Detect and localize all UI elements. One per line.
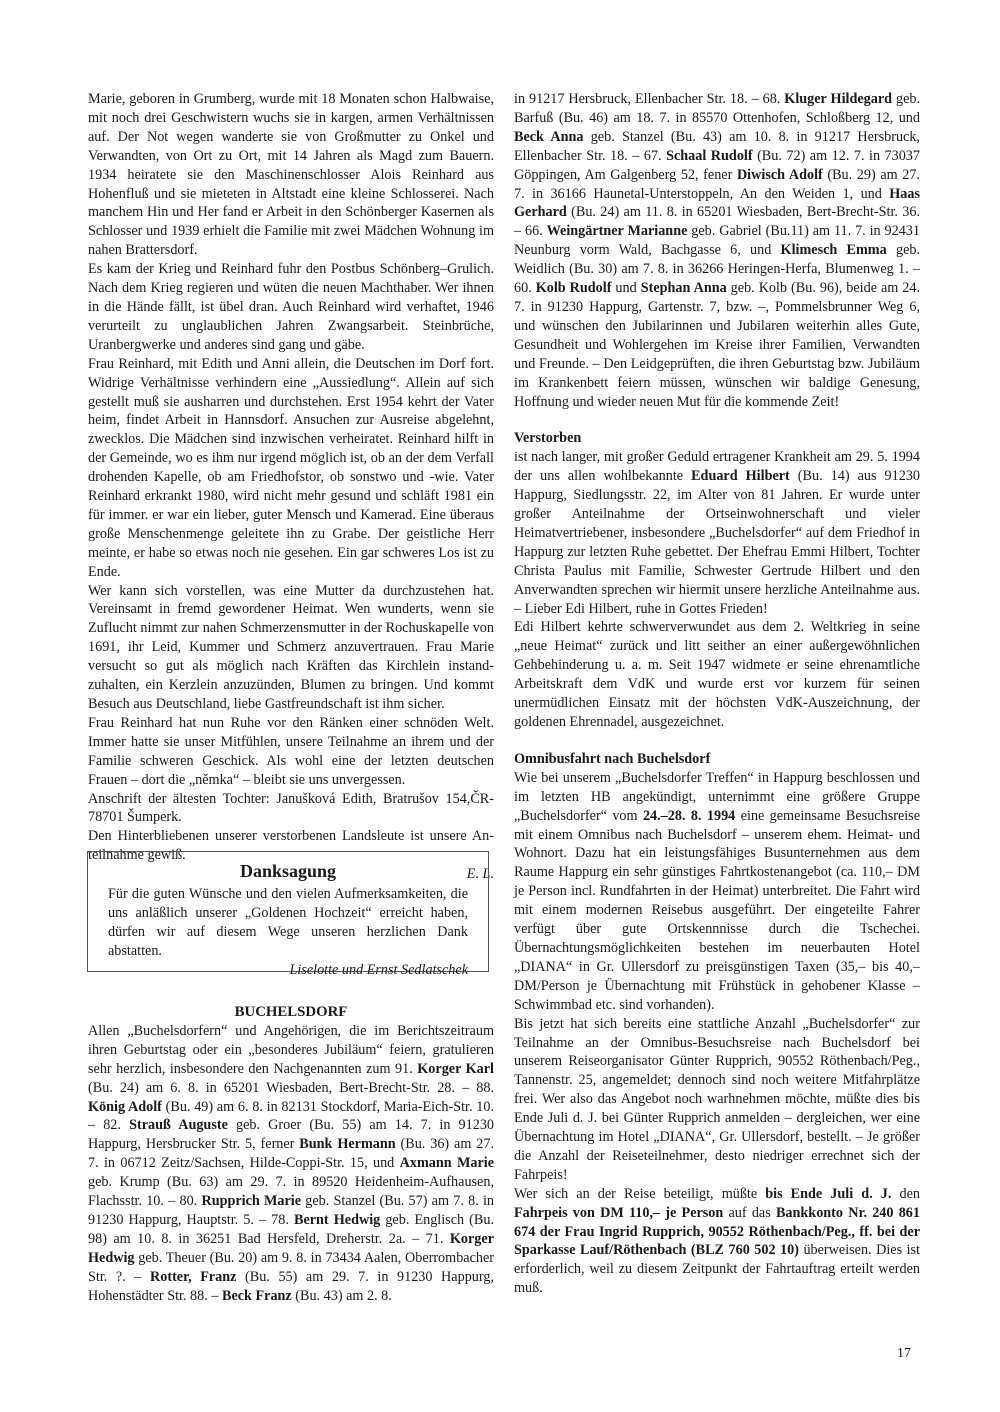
thanks-box-signature: Liselotte und Ernst Sedlatschek	[108, 961, 468, 980]
jubilarian-name: Klimesch Emma	[781, 242, 887, 258]
page-number: 17	[897, 1346, 911, 1362]
text-run: auf das	[723, 1205, 776, 1221]
obituary-paragraph: Wer kann sich vorstellen, was eine Mutte…	[88, 582, 494, 714]
deadline: bis Ende Juli d. J.	[765, 1186, 891, 1202]
thanks-box-text: Für die guten Wünsche und den vielen Auf…	[108, 885, 468, 961]
text-run: geb. Kolb (Bu. 96), beide am 24. 7. in 9…	[514, 280, 920, 409]
jubilarian-name: Bunk Hermann	[299, 1136, 395, 1152]
left-column-obituary: Marie, geboren in Grumberg, wurde mit 18…	[88, 90, 494, 884]
trip-dates: 24.–28. 8. 1994	[643, 808, 735, 824]
buchelsdorf-text-right: in 91217 Hersbruck, Ellenbacher Str. 18.…	[514, 90, 920, 411]
thanks-box: Danksagung Für die guten Wünsche und den…	[87, 851, 489, 972]
text-run: in 91217 Hersbruck, Ellenbacher Str. 18.…	[514, 91, 784, 107]
verstorben-paragraph-2: Edi Hilbert kehrte schwerverwundet aus d…	[514, 618, 920, 731]
jubilarian-name: Bernt Hedwig	[294, 1212, 380, 1228]
text-run: (Bu. 43) am 2. 8.	[292, 1288, 392, 1304]
omnibus-paragraph: Wie bei unserem „Buchelsdorfer Treffen“ …	[514, 769, 920, 1015]
jubilarian-name: Strauß Auguste	[129, 1117, 228, 1133]
obituary-address: Anschrift der ältesten Tochter: Januškov…	[88, 790, 494, 828]
jubilarian-name: Beck Franz	[222, 1288, 292, 1304]
omnibus-heading: Omnibusfahrt nach Buchelsdorf	[514, 750, 920, 769]
jubilarian-name: Weingärtner Ma­rianne	[547, 223, 688, 239]
text-run: (Bu. 24) am 6. 8. in 65201 Wiesbaden, Be…	[88, 1080, 494, 1096]
obituary-paragraph: Frau Reinhard, mit Edith und Anni allein…	[88, 355, 494, 582]
jubilarian-name: Kolb Rudolf	[536, 280, 612, 296]
omnibus-paragraph-2: Bis jetzt hat sich bereits eine stattlic…	[514, 1015, 920, 1185]
buchelsdorf-text-left: Allen „Buchelsdorfern“ und Angehörigen, …	[88, 1022, 494, 1306]
thanks-box-title: Danksagung	[108, 861, 468, 882]
jubilarian-name: Schaal Rudolf	[666, 148, 753, 164]
buchelsdorf-heading: BUCHELSDORF	[88, 1003, 494, 1022]
text-run: und	[611, 280, 640, 296]
jubilarian-name: Stephan Anna	[641, 280, 727, 296]
obituary-paragraph: Es kam der Krieg und Reinhard fuhr den P…	[88, 260, 494, 355]
obituary-paragraph: Marie, geboren in Grumberg, wurde mit 18…	[88, 90, 494, 260]
buchelsdorf-section: BUCHELSDORF Allen „Buchelsdorfern“ und A…	[88, 1003, 494, 1306]
verstorben-paragraph: ist nach langer, mit großer Geduld ertra…	[514, 448, 920, 618]
jubilarian-name: König Adolf	[88, 1099, 162, 1115]
text-run: (Bu. 14) aus 91230 Happurg, Siedlungsstr…	[514, 468, 920, 616]
omnibus-paragraph-3: Wer sich an der Reise beteiligt, müßte b…	[514, 1185, 920, 1298]
jubilarian-name: Rupprich Marie	[201, 1193, 301, 1209]
right-column: in 91217 Hersbruck, Ellenbacher Str. 18.…	[514, 90, 920, 1298]
verstorben-heading: Verstorben	[514, 429, 920, 448]
jubilarian-name: Axmann Marie	[400, 1155, 494, 1171]
text-run: Wer sich an der Reise beteiligt, müßte	[514, 1186, 765, 1202]
jubilarian-name: Di­wisch Adolf	[737, 167, 823, 183]
deceased-name: Eduard Hilbert	[691, 468, 790, 484]
text-run: 91.	[391, 1061, 418, 1077]
text-run: den	[891, 1186, 920, 1202]
jubilarian-name: Rotter, Franz	[150, 1269, 236, 1285]
fare: Fahrpeis von DM 110,– je Person	[514, 1205, 723, 1221]
jubilarian-name: Beck Anna	[514, 129, 584, 145]
obituary-paragraph: Frau Reinhard hat nun Ruhe vor den Ränke…	[88, 714, 494, 790]
jubilarian-name: Korger Karl	[417, 1061, 494, 1077]
text-run: eine gemeinsame Besuchsreise mit einem O…	[514, 808, 920, 1013]
jubilarian-name: Kluger Hilde­gard	[784, 91, 892, 107]
